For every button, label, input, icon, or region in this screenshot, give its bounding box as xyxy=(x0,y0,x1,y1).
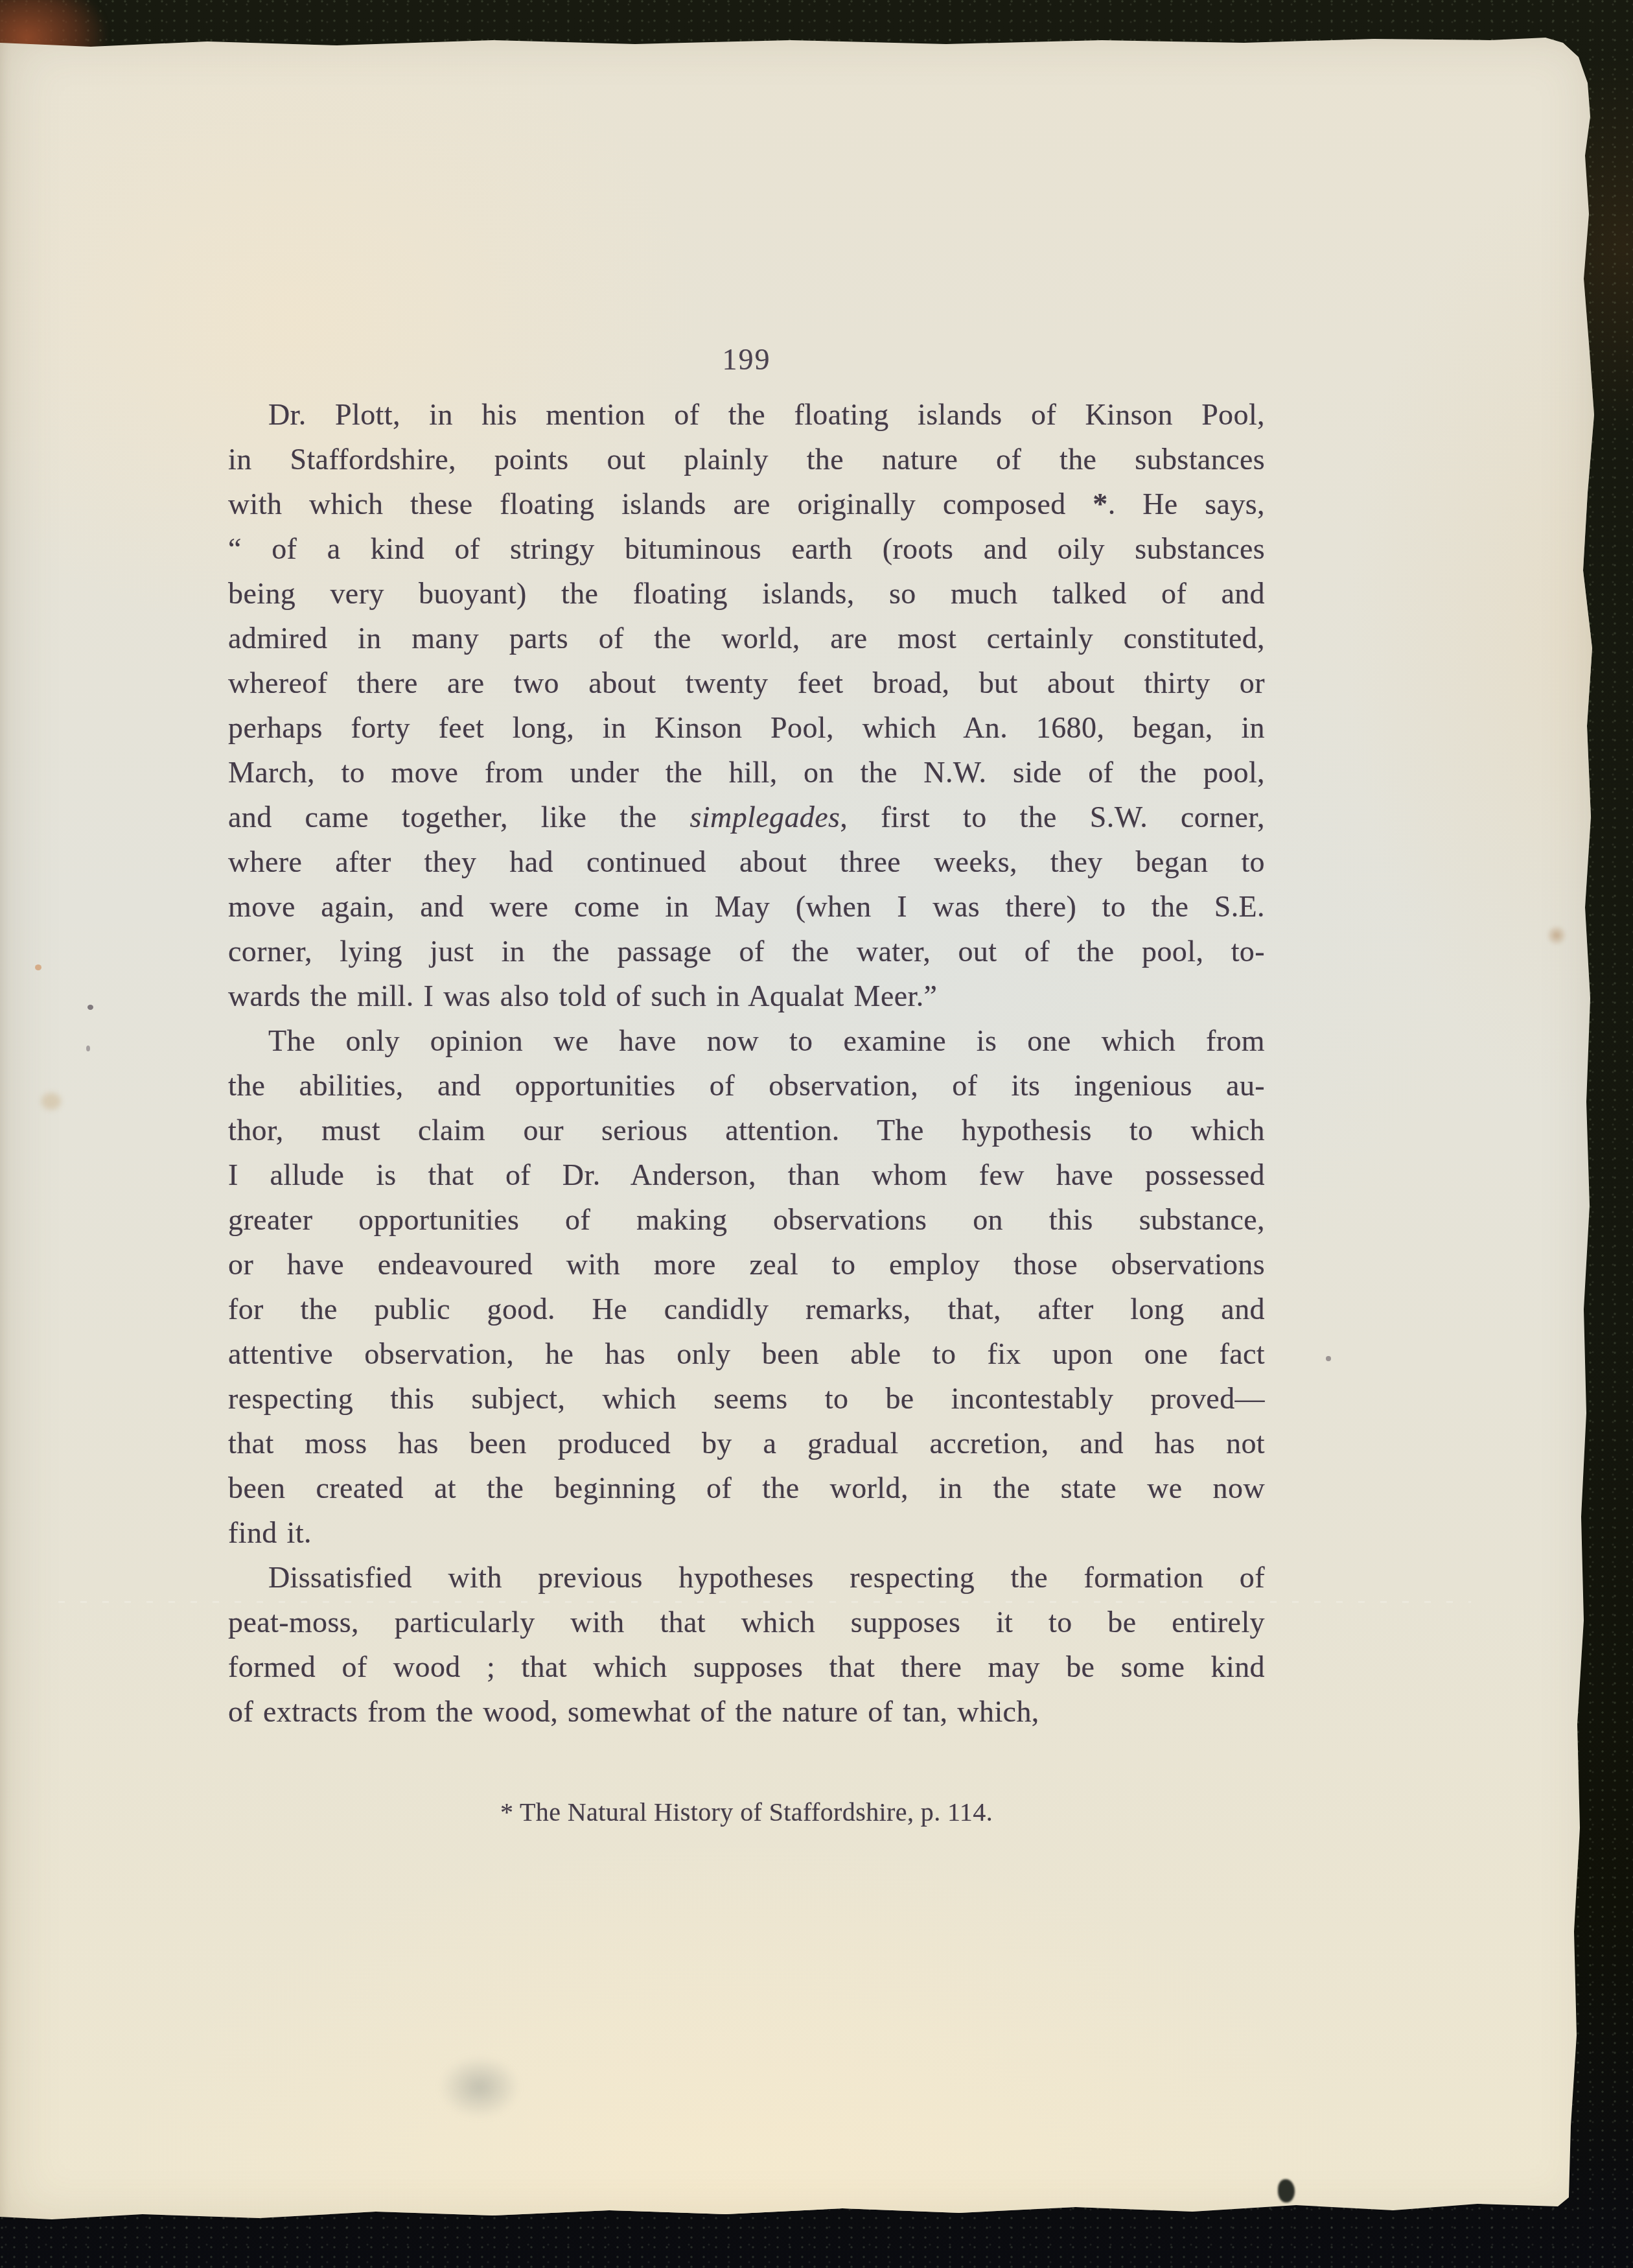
paper-fleck xyxy=(41,1093,61,1110)
text-line: formed of wood ; that which supposes tha… xyxy=(228,1644,1265,1689)
text-line: being very buoyant) the floating islands… xyxy=(228,571,1265,616)
text-line: whereof there are two about twenty feet … xyxy=(228,661,1265,705)
footnote: * The Natural History of Staffordshire, … xyxy=(228,1797,1265,1827)
text-line: for the public good. He candidly remarks… xyxy=(228,1287,1265,1331)
text-block: Dr. Plott, in his mention of the floatin… xyxy=(228,392,1265,1734)
text-line: respecting this subject, which seems to … xyxy=(228,1376,1265,1421)
text-line: thor, must claim our serious attention. … xyxy=(228,1108,1265,1152)
text-line: move again, and were come in May (when I… xyxy=(228,884,1265,929)
text-line: greater opportunities of making observat… xyxy=(228,1197,1265,1242)
text-line: March, to move from under the hill, on t… xyxy=(228,750,1265,795)
text-line: of extracts from the wood, somewhat of t… xyxy=(228,1689,1265,1734)
text-line: that moss has been produced by a gradual… xyxy=(228,1421,1265,1466)
brown-spot xyxy=(1546,925,1567,946)
text-line: corner, lying just in the passage of the… xyxy=(228,929,1265,974)
book-page: 199 Dr. Plott, in his mention of the flo… xyxy=(0,0,1633,2268)
text-line: attentive observation, he has only been … xyxy=(228,1331,1265,1376)
text-line: The only opinion we have now to examine … xyxy=(228,1018,1265,1063)
text-line: wards the mill. I was also told of such … xyxy=(228,974,1265,1018)
text-line: with which these floating islands are or… xyxy=(228,482,1265,526)
text-line: or have endeavoured with more zeal to em… xyxy=(228,1242,1265,1287)
text-line: “ of a kind of stringy bituminous earth … xyxy=(228,526,1265,571)
text-line: Dissatisfied with previous hypotheses re… xyxy=(228,1555,1265,1600)
text-line: peat-moss, particularly with that which … xyxy=(228,1600,1265,1644)
text-line: Dr. Plott, in his mention of the floatin… xyxy=(228,392,1265,437)
paper-fleck xyxy=(1326,1356,1331,1361)
blind-impression-line xyxy=(58,1601,1471,1603)
paper-fleck xyxy=(35,964,41,970)
paper-fleck xyxy=(87,1005,93,1010)
text-line: where after they had continued about thr… xyxy=(228,839,1265,884)
grey-stain xyxy=(439,2056,520,2118)
text-line: I allude is that of Dr. Anderson, than w… xyxy=(228,1152,1265,1197)
text-line: in Staffordshire, points out plainly the… xyxy=(228,437,1265,482)
dark-ink-mark xyxy=(1278,2179,1295,2203)
text-line: been created at the beginning of the wor… xyxy=(228,1466,1265,1510)
text-line: the abilities, and opportunities of obse… xyxy=(228,1063,1265,1108)
text-line: perhaps forty feet long, in Kinson Pool,… xyxy=(228,705,1265,750)
text-line: admired in many parts of the world, are … xyxy=(228,616,1265,661)
page-number: 199 xyxy=(228,342,1265,377)
paper-fleck xyxy=(86,1046,90,1051)
text-line: find it. xyxy=(228,1510,1265,1555)
text-line: and came together, like the simplegades,… xyxy=(228,795,1265,839)
